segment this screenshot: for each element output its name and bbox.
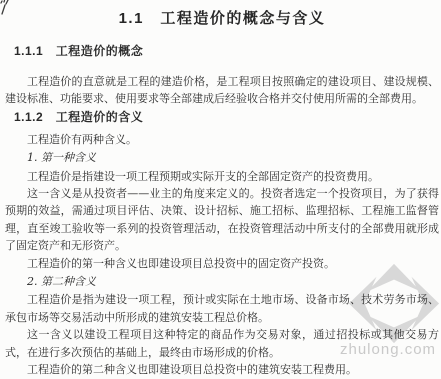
subheading-second-meaning: 2. 第二种含义 bbox=[5, 273, 439, 290]
paragraph-second-meaning-3: 工程造价的第二种含义也即建设项目总投资中的建筑安装工程费用。 bbox=[5, 361, 439, 378]
subheading-first-meaning: 1. 第一种含义 bbox=[5, 149, 439, 166]
paragraph-second-meaning-2: 这一含义以建设工程项目这种特定的商品作为交易对象，通过招投标或其他交易方式，在进… bbox=[5, 326, 439, 361]
paragraph-meaning-intro: 工程造价有两种含义。 bbox=[5, 131, 439, 148]
paragraph-first-meaning-1: 工程造价是指建设一项工程预期或实际开支的全部固定资产的投资费用。 bbox=[5, 168, 439, 185]
chapter-title: 1.1 工程造价的概念与含义 bbox=[5, 9, 439, 29]
scan-smudge-artifact bbox=[0, 0, 16, 16]
paragraph-first-meaning-2: 这一含义是从投资者——业主的角度来定义的。投资者选定一个投资项目，为了获得预期的… bbox=[5, 185, 439, 255]
section-heading-meaning: 1.1.2 工程造价的含义 bbox=[14, 110, 439, 124]
scanned-document-page: zhulong.com 1.1 工程造价的概念与含义 1.1.1 工程造价的概念… bbox=[0, 0, 441, 379]
paragraph-second-meaning-1: 工程造价是指为建设一项工程，预计或实际在土地市场、设备市场、技术劳务市场、承包市… bbox=[5, 291, 439, 326]
section-heading-concept: 1.1.1 工程造价的概念 bbox=[14, 44, 439, 58]
document-content: 1.1 工程造价的概念与含义 1.1.1 工程造价的概念 工程造价的直意就是工程… bbox=[0, 0, 439, 379]
paragraph-first-meaning-3: 工程造价的第一种含义也即建设项目总投资中的固定资产投资。 bbox=[5, 255, 439, 272]
paragraph-concept: 工程造价的直意就是工程的建造价格，是工程项目按照确定的建设项目、建设规模、建设标… bbox=[5, 73, 439, 108]
